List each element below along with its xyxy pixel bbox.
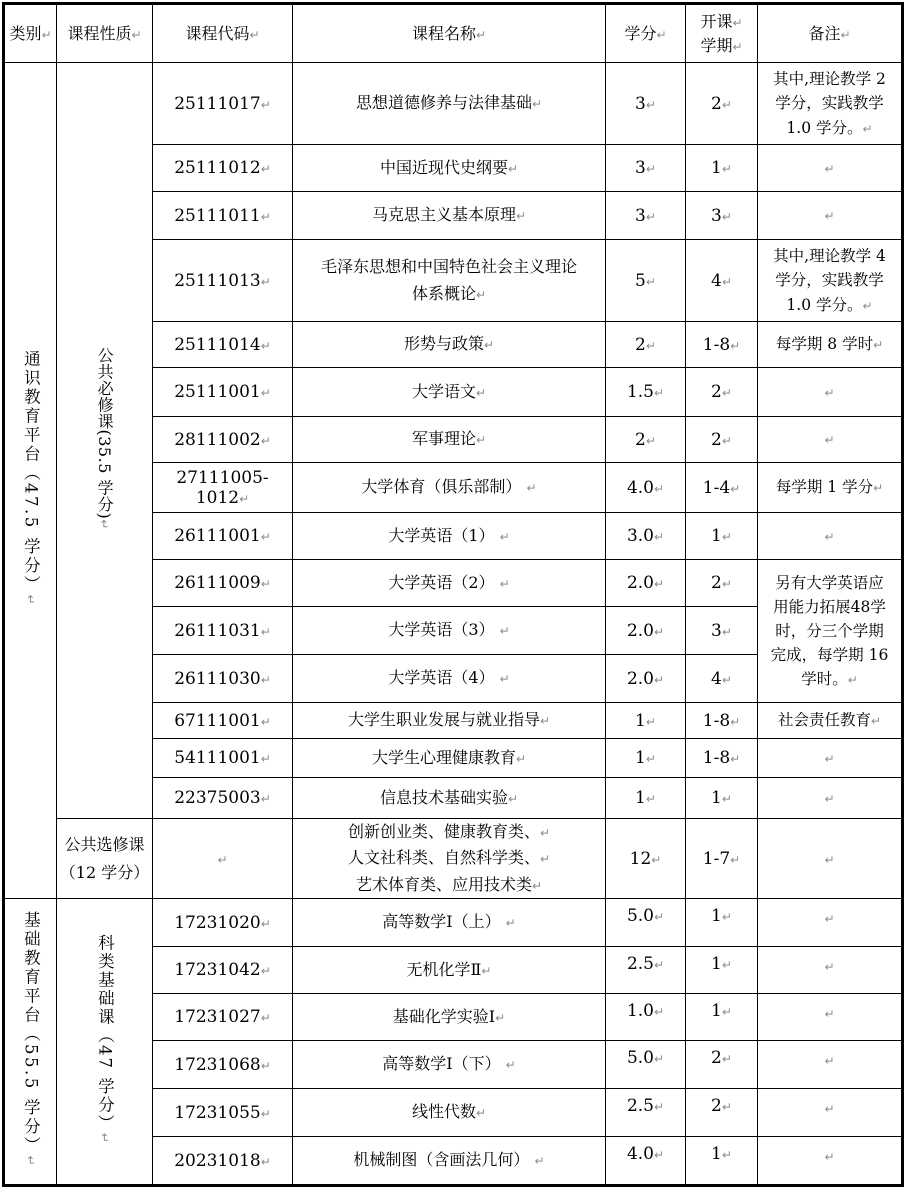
return-mark-icon: ↵ [261,625,271,639]
course-credits: 3.0↵ [606,513,686,560]
return-mark-icon: ↵ [249,28,259,42]
category-label: 通识教育平台（47.5 学分）↵ [21,350,41,607]
course-name: 大学英语（3） ↵ [293,607,606,655]
course-semester: 2↵ [686,417,758,463]
return-mark-icon: ↵ [41,28,51,42]
return-mark-icon: ↵ [722,577,732,591]
return-mark-icon: ↵ [261,98,271,112]
return-mark-icon: ↵ [217,853,227,867]
return-mark-icon: ↵ [646,162,656,176]
course-semester: 1↵ [686,513,758,560]
return-mark-icon: ↵ [261,275,271,289]
nature-cell-public-required: 公共必修课(35.5 学分)↵ [57,63,153,819]
return-mark-icon: ↵ [500,672,510,686]
return-mark-icon: ↵ [23,1156,37,1169]
return-mark-icon: ↵ [261,715,271,729]
return-mark-icon: ↵ [97,519,111,530]
course-name: 创新创业类、健康教育类、↵人文社科类、自然科学类、↵艺术体育类、应用技术类↵ [293,819,606,899]
course-semester: 1↵ [686,1137,758,1186]
return-mark-icon: ↵ [261,530,271,544]
course-name: 信息技术基础实验↵ [293,778,606,819]
return-mark-icon: ↵ [824,752,834,766]
course-semester: 2↵ [686,560,758,607]
return-mark-icon: ↵ [824,386,834,400]
course-credits: 2.0↵ [606,560,686,607]
table-row: 通识教育平台（47.5 学分）↵ 公共必修课(35.5 学分)↵ 2511101… [4,63,903,145]
return-mark-icon: ↵ [848,673,858,687]
course-code: 17231027↵ [153,994,293,1041]
return-mark-icon: ↵ [646,275,656,289]
course-code: 67111001↵ [153,703,293,739]
course-name: 高等数学Ⅰ（下） ↵ [293,1041,606,1089]
course-remark: ↵ [758,145,903,192]
return-mark-icon: ↵ [646,792,656,806]
return-mark-icon: ↵ [654,625,664,639]
course-name: 马克思主义基本原理↵ [293,192,606,240]
course-code: 25111013↵ [153,240,293,322]
course-name: 无机化学Ⅱ↵ [293,947,606,994]
return-mark-icon: ↵ [261,752,271,766]
course-semester: 1↵ [686,994,758,1041]
course-remark: 其中,理论教学 4学分，实践教学1.0 学分。↵ [758,240,903,322]
return-mark-icon: ↵ [654,386,664,400]
return-mark-icon: ↵ [532,97,542,111]
return-mark-icon: ↵ [476,1106,486,1120]
return-mark-icon: ↵ [476,386,486,400]
course-remark: ↵ [758,368,903,417]
course-semester: 1-4↵ [686,463,758,513]
course-remark: ↵ [758,899,903,947]
return-mark-icon: ↵ [500,577,510,591]
course-code: 26111009↵ [153,560,293,607]
col-header-remark: 备注↵ [758,4,903,63]
course-remark: ↵ [758,1089,903,1137]
return-mark-icon: ↵ [824,853,834,867]
course-credits: 1.5↵ [606,368,686,417]
course-name: 毛泽东思想和中国特色社会主义理论体系概论↵ [293,240,606,322]
nature-label: 公共必修课(35.5 学分)↵ [95,347,114,530]
course-code: 25111001↵ [153,368,293,417]
course-semester: 2↵ [686,368,758,417]
course-code: 28111002↵ [153,417,293,463]
course-semester: 2↵ [686,1089,758,1137]
return-mark-icon: ↵ [516,209,526,223]
return-mark-icon: ↵ [722,210,732,224]
col-header-nature: 课程性质↵ [57,4,153,63]
course-name: 机械制图（含画法几何） ↵ [293,1137,606,1186]
nature-cell-subject-basic: 科类基础课（47 学分）↵ [57,899,153,1186]
return-mark-icon: ↵ [261,162,271,176]
header-row: 类别↵ 课程性质↵ 课程代码↵ 课程名称↵ 学分↵ 开课↵学期↵ 备注↵ [4,4,903,63]
col-header-semester: 开课↵学期↵ [686,4,758,63]
return-mark-icon: ↵ [261,1155,271,1169]
course-remark: ↵ [758,1041,903,1089]
course-credits: 1.0↵ [606,994,686,1041]
course-code: 25111014↵ [153,322,293,368]
return-mark-icon: ↵ [476,288,486,302]
return-mark-icon: ↵ [654,1052,664,1066]
return-mark-icon: ↵ [722,1148,732,1162]
return-mark-icon: ↵ [532,879,542,893]
course-credits: 2.0↵ [606,655,686,703]
return-mark-icon: ↵ [261,1059,271,1073]
page: { "colors": { "border": "#000000", "text… [0,0,905,1190]
course-remark: ↵ [758,819,903,899]
return-mark-icon: ↵ [540,852,550,866]
course-credits: 2↵ [606,417,686,463]
course-remark: ↵ [758,513,903,560]
course-code: ↵ [153,819,293,899]
return-mark-icon: ↵ [500,624,510,638]
course-semester: 1-8↵ [686,322,758,368]
category-label: 基础教育平台（55.5 学分）↵ [21,911,41,1168]
course-name: 大学体育（俱乐部制） ↵ [293,463,606,513]
curriculum-table: 类别↵ 课程性质↵ 课程代码↵ 课程名称↵ 学分↵ 开课↵学期↵ 备注↵ 通识教… [2,2,904,1187]
return-mark-icon: ↵ [261,917,271,931]
course-name: 大学语文↵ [293,368,606,417]
course-code: 20231018↵ [153,1137,293,1186]
course-credits: 3↵ [606,63,686,145]
course-credits: 2.5↵ [606,947,686,994]
return-mark-icon: ↵ [654,577,664,591]
course-name: 大学生职业发展与就业指导↵ [293,703,606,739]
course-remark: ↵ [758,778,903,819]
return-mark-icon: ↵ [730,715,740,729]
return-mark-icon: ↵ [516,752,526,766]
return-mark-icon: ↵ [722,958,732,972]
return-mark-icon: ↵ [540,714,550,728]
return-mark-icon: ↵ [732,16,742,30]
return-mark-icon: ↵ [824,433,834,447]
course-semester: 4↵ [686,655,758,703]
return-mark-icon: ↵ [506,1058,516,1072]
return-mark-icon: ↵ [732,40,742,54]
return-mark-icon: ↵ [722,792,732,806]
return-mark-icon: ↵ [722,1052,732,1066]
course-name: 思想道德修养与法律基础↵ [293,63,606,145]
course-semester: 1-8↵ [686,739,758,778]
return-mark-icon: ↵ [654,1100,664,1114]
course-code: 54111001↵ [153,739,293,778]
nature-cell-public-elective: 公共选修课（12 学分） [57,819,153,899]
return-mark-icon: ↵ [722,275,732,289]
course-remark: 每学期 8 学时↵ [758,322,903,368]
return-mark-icon: ↵ [722,910,732,924]
course-credits: 2↵ [606,322,686,368]
course-name: 形势与政策↵ [293,322,606,368]
return-mark-icon: ↵ [500,530,510,544]
course-credits: 12↵ [606,819,686,899]
return-mark-icon: ↵ [654,1148,664,1162]
return-mark-icon: ↵ [656,28,666,42]
return-mark-icon: ↵ [840,28,850,42]
course-remark: 社会责任教育↵ [758,703,903,739]
return-mark-icon: ↵ [261,792,271,806]
course-remark-merged: 另有大学英语应用能力拓展48学时，分三个学期完成，每学期 16学时。↵ [758,560,903,703]
return-mark-icon: ↵ [722,162,732,176]
course-code: 22375003↵ [153,778,293,819]
course-semester: 4↵ [686,240,758,322]
course-code: 25111017↵ [153,63,293,145]
course-code: 26111031↵ [153,607,293,655]
return-mark-icon: ↵ [824,162,834,176]
return-mark-icon: ↵ [722,530,732,544]
course-semester: 1↵ [686,947,758,994]
course-semester: 1↵ [686,778,758,819]
course-remark: ↵ [758,192,903,240]
return-mark-icon: ↵ [646,715,656,729]
course-code: 26111030↵ [153,655,293,703]
course-semester: 1-8↵ [686,703,758,739]
return-mark-icon: ↵ [508,792,518,806]
return-mark-icon: ↵ [535,1154,545,1168]
course-name: 基础化学实验Ⅰ↵ [293,994,606,1041]
return-mark-icon: ↵ [261,210,271,224]
course-name: 大学英语（2） ↵ [293,560,606,607]
course-semester: 2↵ [686,63,758,145]
return-mark-icon: ↵ [646,752,656,766]
course-remark: 每学期 1 学分↵ [758,463,903,513]
return-mark-icon: ↵ [730,482,740,496]
return-mark-icon: ↵ [730,752,740,766]
return-mark-icon: ↵ [476,433,486,447]
return-mark-icon: ↵ [261,673,271,687]
course-credits: 5↵ [606,240,686,322]
return-mark-icon: ↵ [261,964,271,978]
course-code: 17231020↵ [153,899,293,947]
return-mark-icon: ↵ [824,960,834,974]
course-credits: 1↵ [606,739,686,778]
course-name: 中国近现代史纲要↵ [293,145,606,192]
course-code: 17231042↵ [153,947,293,994]
course-credits: 1↵ [606,703,686,739]
return-mark-icon: ↵ [261,1011,271,1025]
return-mark-icon: ↵ [824,1150,834,1164]
return-mark-icon: ↵ [824,1102,834,1116]
course-credits: 5.0↵ [606,1041,686,1089]
return-mark-icon: ↵ [506,916,516,930]
course-remark: ↵ [758,417,903,463]
course-credits: 4.0↵ [606,1137,686,1186]
return-mark-icon: ↵ [646,434,656,448]
return-mark-icon: ↵ [131,28,141,42]
course-name: 大学生心理健康教育↵ [293,739,606,778]
return-mark-icon: ↵ [508,162,518,176]
course-semester: 3↵ [686,607,758,655]
return-mark-icon: ↵ [646,98,656,112]
return-mark-icon: ↵ [863,122,873,136]
return-mark-icon: ↵ [654,958,664,972]
course-remark: ↵ [758,947,903,994]
return-mark-icon: ↵ [722,434,732,448]
course-credits: 2.5↵ [606,1089,686,1137]
col-header-name: 课程名称↵ [293,4,606,63]
course-credits: 3↵ [606,145,686,192]
course-remark: ↵ [758,1137,903,1186]
course-code: 17231068↵ [153,1041,293,1089]
return-mark-icon: ↵ [722,386,732,400]
return-mark-icon: ↵ [654,1005,664,1019]
course-semester: 3↵ [686,192,758,240]
return-mark-icon: ↵ [722,1100,732,1114]
return-mark-icon: ↵ [97,1133,111,1145]
course-name: 线性代数↵ [293,1089,606,1137]
return-mark-icon: ↵ [651,853,661,867]
course-code: 17231055↵ [153,1089,293,1137]
return-mark-icon: ↵ [730,853,740,867]
course-credits: 4.0↵ [606,463,686,513]
course-code: 25111011↵ [153,192,293,240]
return-mark-icon: ↵ [722,673,732,687]
course-name: 高等数学Ⅰ（上） ↵ [293,899,606,947]
course-credits: 5.0↵ [606,899,686,947]
return-mark-icon: ↵ [484,338,494,352]
return-mark-icon: ↵ [654,673,664,687]
course-code: 25111012↵ [153,145,293,192]
return-mark-icon: ↵ [481,964,491,978]
return-mark-icon: ↵ [722,98,732,112]
course-remark: ↵ [758,739,903,778]
return-mark-icon: ↵ [476,28,486,42]
return-mark-icon: ↵ [824,912,834,926]
return-mark-icon: ↵ [646,339,656,353]
course-code: 26111001↵ [153,513,293,560]
course-name: 大学英语（4） ↵ [293,655,606,703]
return-mark-icon: ↵ [722,1005,732,1019]
return-mark-icon: ↵ [527,481,537,495]
return-mark-icon: ↵ [261,1107,271,1121]
course-semester: 1↵ [686,899,758,947]
return-mark-icon: ↵ [261,339,271,353]
course-credits: 1↵ [606,778,686,819]
category-cell-basic-education: 基础教育平台（55.5 学分）↵ [4,899,57,1186]
course-semester: 1-7↵ [686,819,758,899]
return-mark-icon: ↵ [654,482,664,496]
return-mark-icon: ↵ [239,492,249,506]
course-code: 27111005-1012↵ [153,463,293,513]
return-mark-icon: ↵ [824,530,834,544]
nature-label: 科类基础课（47 学分）↵ [95,934,115,1145]
return-mark-icon: ↵ [871,714,881,728]
course-remark: 其中,理论教学 2学分，实践教学1.0 学分。↵ [758,63,903,145]
course-semester: 1↵ [686,145,758,192]
return-mark-icon: ↵ [824,1054,834,1068]
return-mark-icon: ↵ [873,481,883,495]
return-mark-icon: ↵ [654,910,664,924]
return-mark-icon: ↵ [730,339,740,353]
course-name: 军事理论↵ [293,417,606,463]
return-mark-icon: ↵ [873,338,883,352]
table-row: 公共选修课（12 学分） ↵ 创新创业类、健康教育类、↵人文社科类、自然科学类、… [4,819,903,899]
course-name: 大学英语（1） ↵ [293,513,606,560]
return-mark-icon: ↵ [824,209,834,223]
col-header-credits: 学分↵ [606,4,686,63]
course-semester: 2↵ [686,1041,758,1089]
return-mark-icon: ↵ [23,595,37,608]
return-mark-icon: ↵ [540,826,550,840]
return-mark-icon: ↵ [824,1007,834,1021]
course-credits: 3↵ [606,192,686,240]
return-mark-icon: ↵ [646,210,656,224]
return-mark-icon: ↵ [261,434,271,448]
return-mark-icon: ↵ [495,1011,505,1025]
return-mark-icon: ↵ [824,792,834,806]
course-remark: ↵ [758,994,903,1041]
return-mark-icon: ↵ [261,386,271,400]
category-cell-general-education: 通识教育平台（47.5 学分）↵ [4,63,57,899]
return-mark-icon: ↵ [261,577,271,591]
return-mark-icon: ↵ [654,530,664,544]
course-credits: 2.0↵ [606,607,686,655]
return-mark-icon: ↵ [722,625,732,639]
col-header-code: 课程代码↵ [153,4,293,63]
col-header-category: 类别↵ [4,4,57,63]
table-row: 基础教育平台（55.5 学分）↵ 科类基础课（47 学分）↵ 17231020↵… [4,899,903,947]
return-mark-icon: ↵ [863,299,873,313]
